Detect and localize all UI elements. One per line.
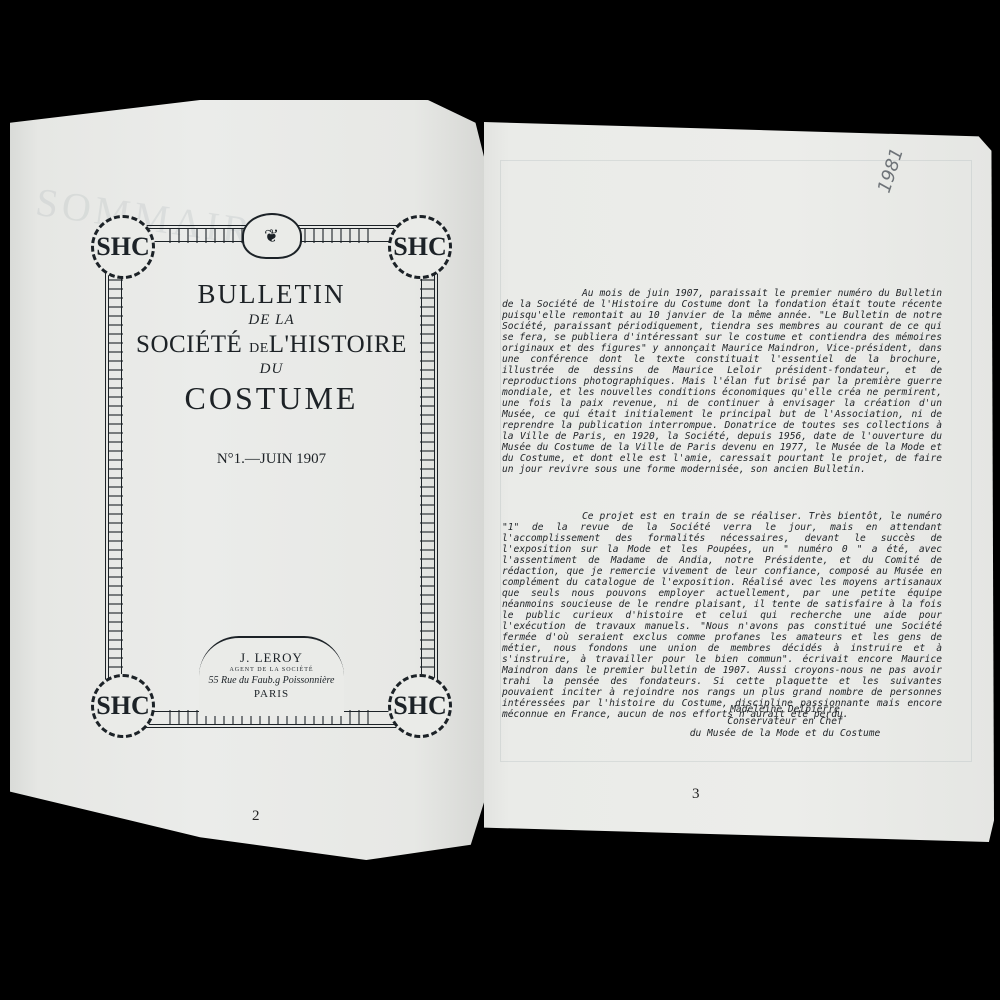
signature-institution: du Musée de la Mode et du Costume <box>670 728 900 740</box>
signature-block: Madeleine Delpierre Conservateur en Chef… <box>670 704 900 740</box>
monogram-medallion-icon: SHC <box>388 215 452 279</box>
bulletin-title: BULLETIN DE LA SOCIÉTÉ DEL'HISTOIRE DU C… <box>109 279 434 468</box>
publisher-city: PARIS <box>199 688 344 700</box>
title-costume: COSTUME <box>109 380 434 417</box>
title-de-word: DE <box>249 341 269 356</box>
title-societe-word: SOCIÉTÉ <box>136 331 242 358</box>
signature-title: Conservateur en Chef <box>670 716 900 728</box>
publisher-address: 55 Rue du Faub.g Poissonnière <box>199 675 344 686</box>
title-de-la: DE LA <box>109 312 434 329</box>
title-du: DU <box>109 361 434 378</box>
page-number-right: 3 <box>692 786 700 803</box>
publisher-role: AGENT DE LA SOCIÉTÉ <box>199 667 344 673</box>
monogram-medallion-icon: SHC <box>388 674 452 738</box>
publisher-name: J. LEROY <box>199 650 344 666</box>
paragraph-1: Au mois de juin 1907, paraissait le prem… <box>502 288 942 475</box>
monogram-medallion-icon: SHC <box>91 674 155 738</box>
monogram-medallion-icon: SHC <box>91 215 155 279</box>
page-number-left: 2 <box>252 808 260 825</box>
crest-ornament-icon: ❦ <box>242 213 302 259</box>
title-histoire-word: L'HISTOIRE <box>269 331 407 358</box>
title-bulletin: BULLETIN <box>109 279 434 310</box>
issue-number: N°1.—JUIN 1907 <box>109 451 434 468</box>
signature-name: Madeleine Delpierre <box>670 704 900 716</box>
paragraph-2: Ce projet est en train de se réaliser. T… <box>502 511 942 720</box>
publisher-cartouche: J. LEROY AGENT DE LA SOCIÉTÉ 55 Rue du F… <box>199 636 344 716</box>
editorial-text: Au mois de juin 1907, paraissait le prem… <box>502 266 942 745</box>
title-societe: SOCIÉTÉ DEL'HISTOIRE <box>109 331 434 359</box>
ornamental-frame: ❦ SHC SHC SHC SHC BULLETIN DE LA SOCIÉTÉ… <box>105 225 438 728</box>
